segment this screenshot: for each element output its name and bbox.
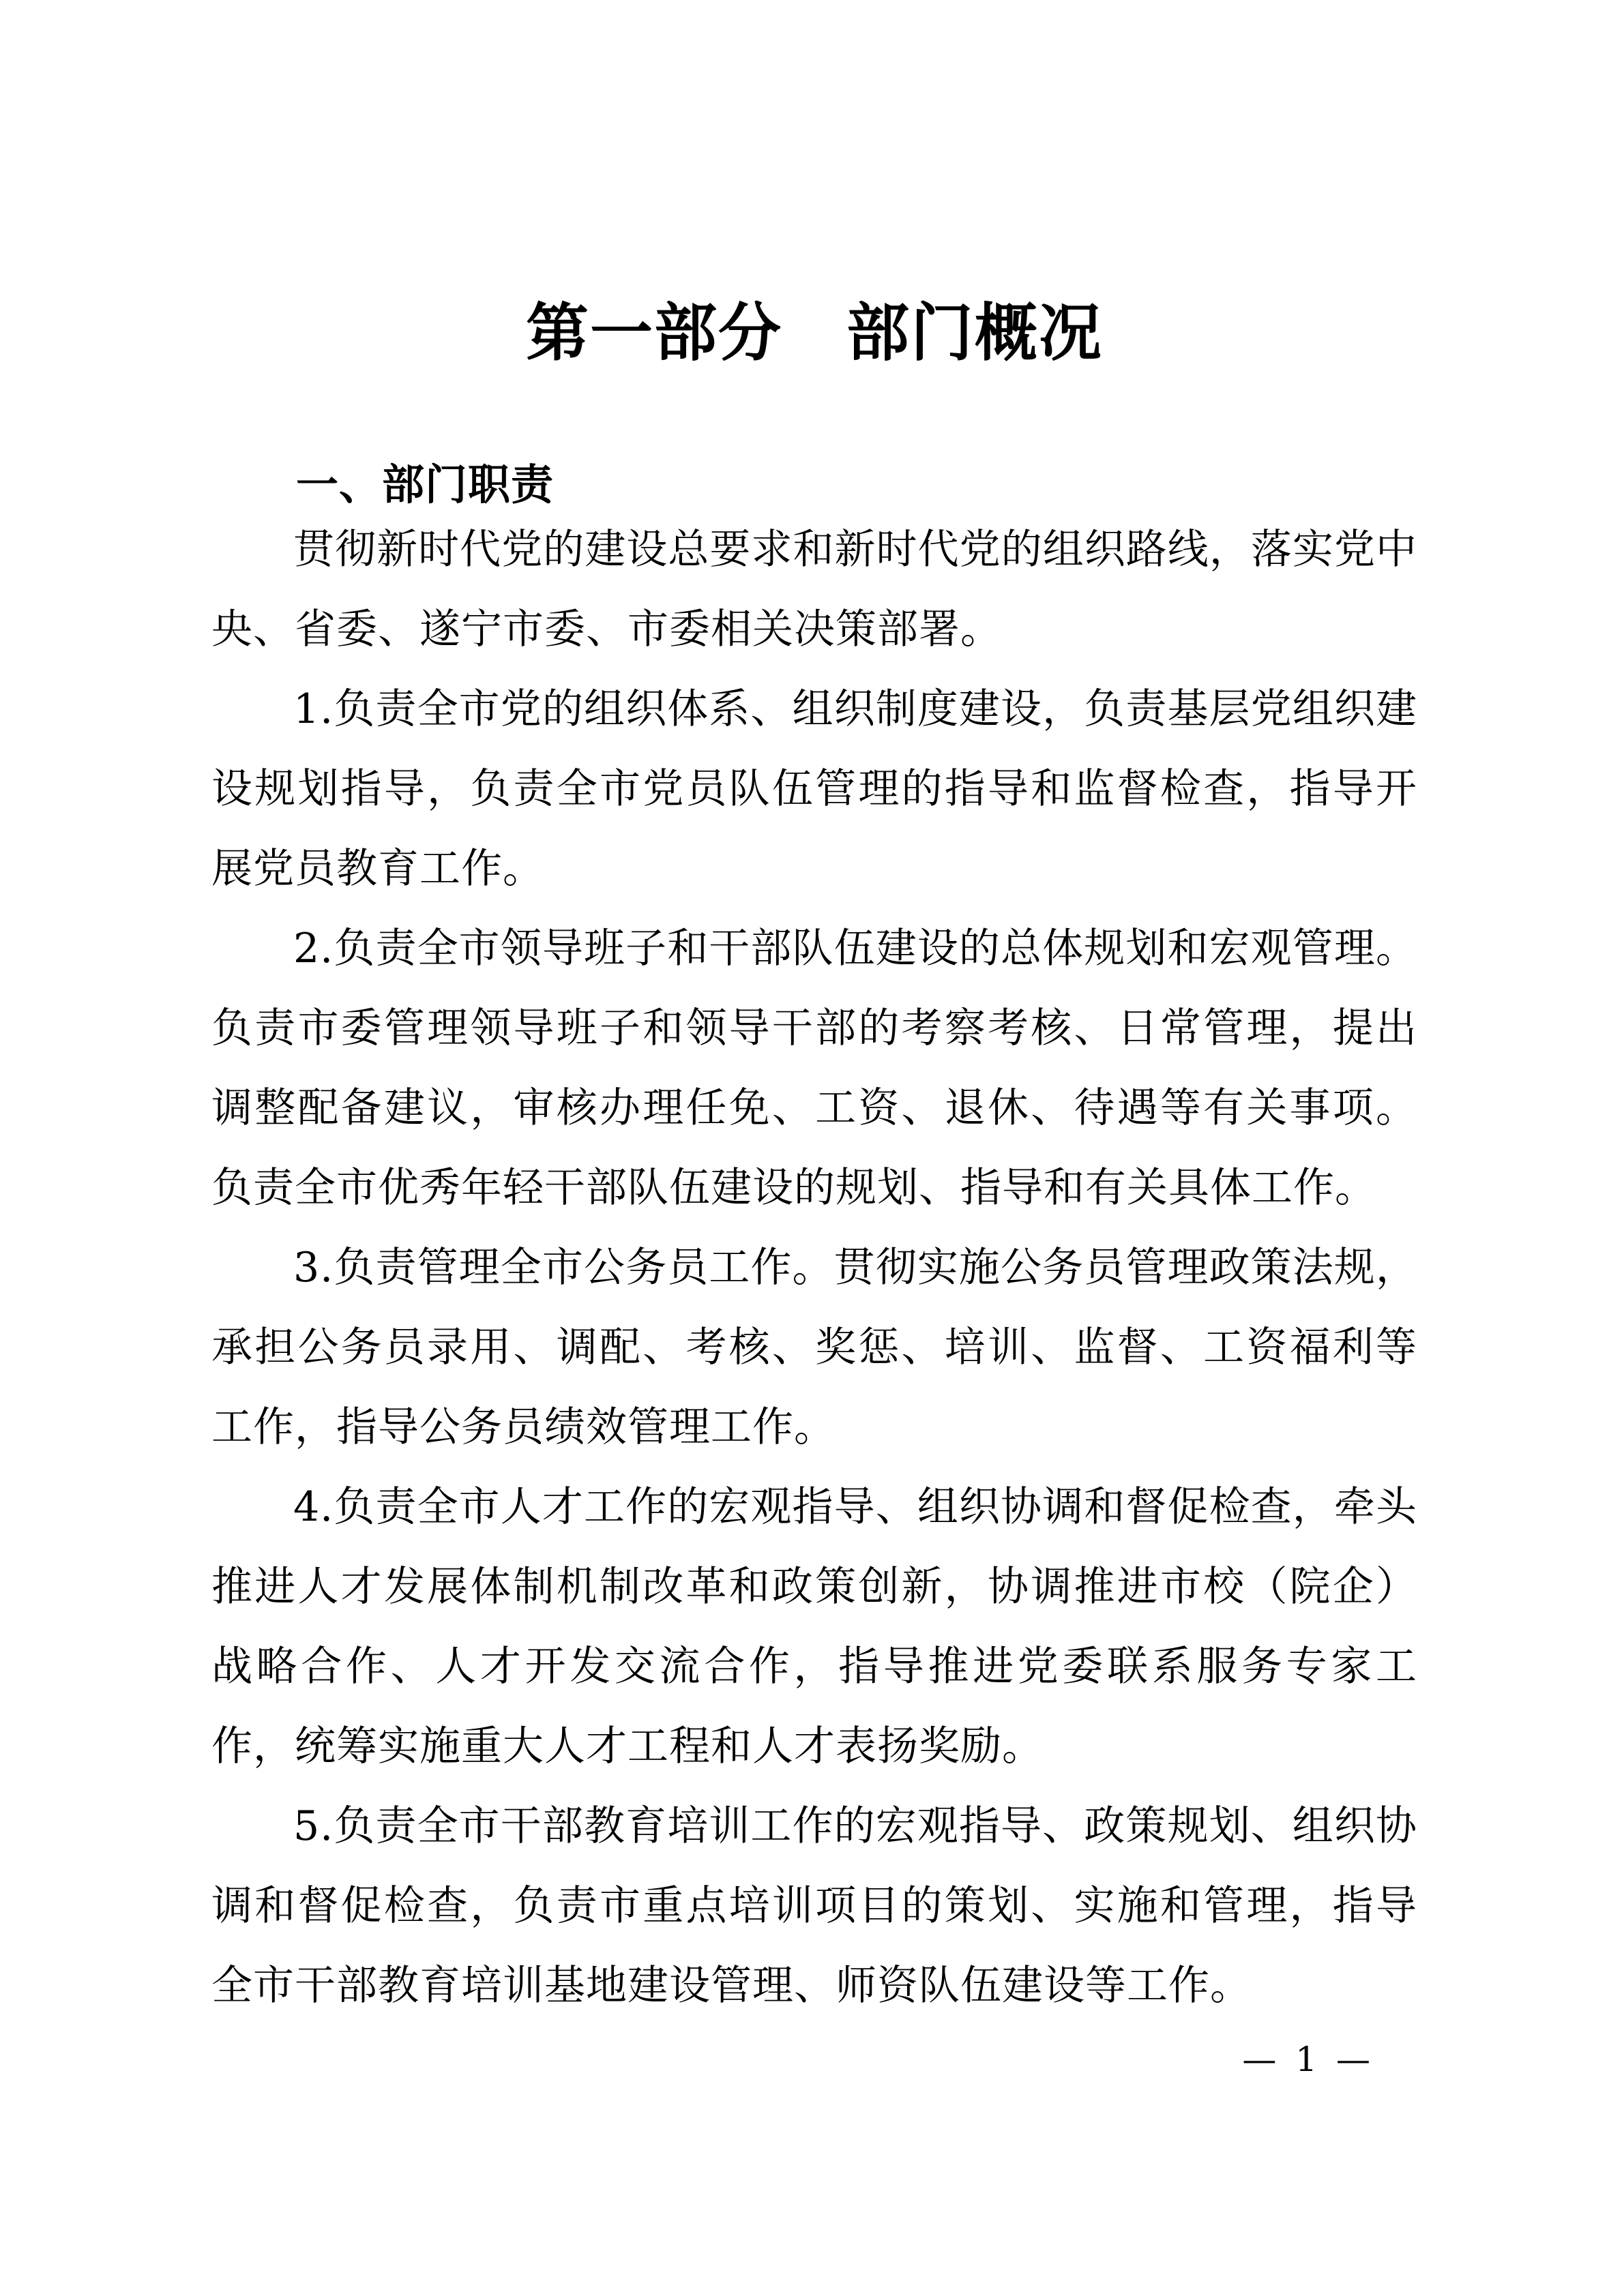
page-number: — 1 — bbox=[211, 2036, 1374, 2083]
document-body: 贯彻新时代党的建设总要求和新时代党的组织路线，落实党中央、省委、遂宁市委、市委相… bbox=[211, 510, 1417, 2026]
paragraph-intro: 贯彻新时代党的建设总要求和新时代党的组织路线，落实党中央、省委、遂宁市委、市委相… bbox=[211, 510, 1417, 670]
paragraph-duty-2: 2.负责全市领导班子和干部队伍建设的总体规划和宏观管理。负责市委管理领导班子和领… bbox=[211, 909, 1417, 1228]
document-page: 第一部分 部门概况 一、部门职责 贯彻新时代党的建设总要求和新时代党的组织路线，… bbox=[0, 0, 1624, 2296]
paragraph-duty-3: 3.负责管理全市公务员工作。贯彻实施公务员管理政策法规，承担公务员录用、调配、考… bbox=[211, 1228, 1417, 1467]
section-heading: 一、部门职责 bbox=[211, 456, 1417, 514]
paragraph-duty-5: 5.负责全市干部教育培训工作的宏观指导、政策规划、组织协调和督促检查，负责市重点… bbox=[211, 1787, 1417, 2026]
paragraph-duty-1: 1.负责全市党的组织体系、组织制度建设，负责基层党组织建设规划指导，负责全市党员… bbox=[211, 670, 1417, 909]
paragraph-duty-4: 4.负责全市人才工作的宏观指导、组织协调和督促检查，牵头推进人才发展体制机制改革… bbox=[211, 1467, 1417, 1787]
page-title: 第一部分 部门概况 bbox=[211, 293, 1417, 372]
